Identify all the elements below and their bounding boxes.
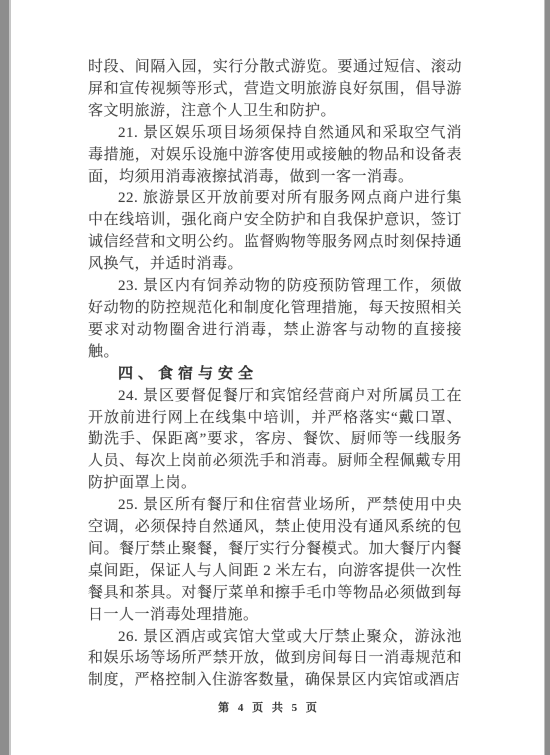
section-heading: 四、食宿与安全 <box>88 364 462 386</box>
scan-left-edge <box>0 0 11 755</box>
scan-right-edge <box>544 0 550 755</box>
body-paragraph: 22. 旅游景区开放前要对所有服务网点商户进行集中在线培训，强化商户安全防护和自… <box>88 188 462 276</box>
body-paragraph: 时段、间隔入园，实行分散式游览。要通过短信、滚动屏和宣传视频等形式，营造文明旅游… <box>88 57 462 123</box>
body-paragraph: 26. 景区酒店或宾馆大堂或大厅禁止聚众，游泳池和娱乐场等场所严禁开放，做到房间… <box>88 627 462 693</box>
page-number-footer: 第 4 页 共 5 页 <box>88 699 450 715</box>
body-paragraph: 25. 景区所有餐厅和住宿营业场所，严禁使用中央空调，必须保持自然通风，禁止使用… <box>88 495 462 626</box>
document-body: 时段、间隔入园，实行分散式游览。要通过短信、滚动屏和宣传视频等形式，营造文明旅游… <box>88 57 462 692</box>
body-paragraph: 23. 景区内有饲养动物的防疫预防管理工作，须做好动物的防控规范化和制度化管理措… <box>88 276 462 364</box>
body-paragraph: 24. 景区要督促餐厅和宾馆经营商户对所属员工在开放前进行网上在线集中培训，并严… <box>88 386 462 496</box>
body-paragraph: 21. 景区娱乐项目场须保持自然通风和采取空气消毒措施，对娱乐设施中游客使用或接… <box>88 123 462 189</box>
